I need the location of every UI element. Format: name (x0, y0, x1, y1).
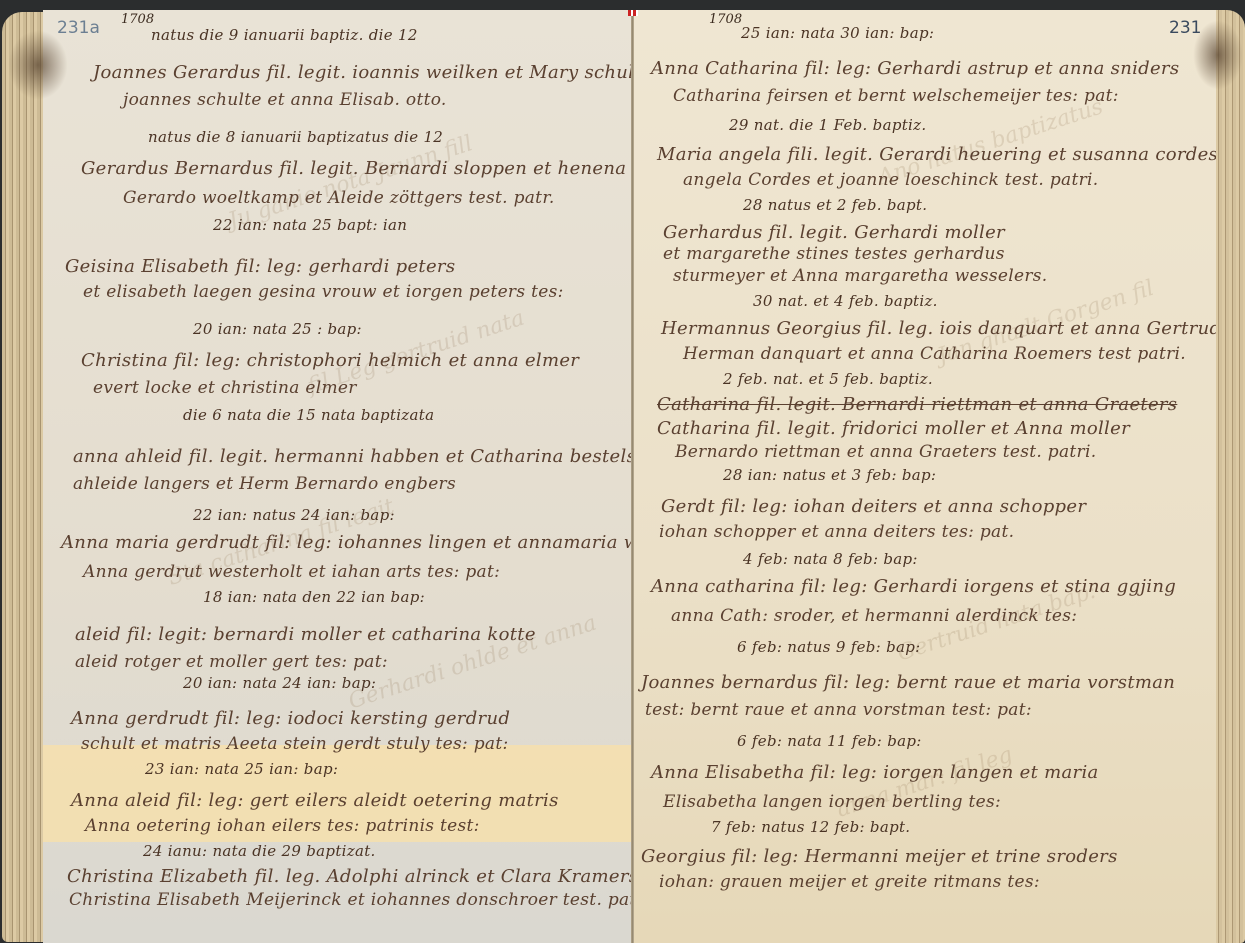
entry-text-line: evert locke et christina elmer (93, 378, 357, 398)
entry-date-line: 7 feb: natus 12 feb: bapt. (711, 818, 910, 836)
entry-name-line: Joannes Gerardus fil. legit. ioannis wei… (93, 62, 632, 83)
entry-name-line: Maria angela fili. legit. Gerardi heueri… (657, 144, 1216, 165)
binding-thread (628, 10, 638, 16)
year-marker: 1708 (121, 12, 154, 27)
entry-text-line: Christina Elisabeth Meijerinck et iohann… (69, 890, 632, 910)
entry-name-line: Christina fil: leg: christophori helmich… (81, 350, 579, 371)
book-gutter (631, 10, 634, 943)
entry-name-line: Anna Catharina fil: leg: Gerhardi astrup… (651, 58, 1179, 79)
entry-text-line: Gerardo woeltkamp et Aleide zöttgers tes… (123, 188, 555, 208)
entry-date-line: natus die 8 ianuarii baptizatus die 12 (148, 128, 443, 146)
entry-date-line: 25 ian: nata 30 ian: bap: (741, 24, 934, 42)
entry-name-line: Christina Elizabeth fil. leg. Adolphi al… (67, 866, 632, 887)
entry-name-line: Gerdt fil: leg: iohan deiters et anna sc… (661, 496, 1086, 517)
highlighted-entry-name: Anna aleid fil: leg: gert eilers aleidt … (71, 790, 559, 811)
corner-stain (8, 30, 68, 100)
entry-text-line: iohan: grauen meijer et greite ritmans t… (659, 872, 1040, 892)
entry-name-line: Catharina fil. legit. fridorici moller e… (657, 418, 1130, 439)
highlighted-entry-date: 23 ian: nata 25 ian: bap: (145, 760, 338, 778)
entry-text-line: angela Cordes et joanne loeschinck test.… (683, 170, 1098, 190)
entry-text-line: ahleide langers et Herm Bernardo engbers (73, 474, 456, 494)
entry-text-line: Bernardo riettman et anna Graeters test.… (675, 442, 1096, 462)
entry-date-line: die 6 nata die 15 nata baptizata (183, 406, 434, 424)
entry-date-line: 28 natus et 2 feb. bapt. (743, 196, 927, 214)
entry-text-line: sturmeyer et Anna margaretha wesselers. (673, 266, 1048, 286)
entry-text-line: test: bernt raue et anna vorstman test: … (645, 700, 1032, 720)
entry-text-line: Elisabetha langen iorgen bertling tes: (663, 792, 1001, 812)
entry-text-line: et elisabeth laegen gesina vrouw et iorg… (83, 282, 564, 302)
entry-date-line: 2 feb. nat. et 5 feb. baptiz. (723, 370, 933, 388)
entry-date-line: 6 feb: natus 9 feb: bap: (737, 638, 921, 656)
highlighted-entry-text: Anna oetering iohan eilers tes: patrinis… (85, 816, 480, 836)
left-page-edges (2, 12, 46, 942)
entry-date-line: 18 ian: nata den 22 ian bap: (203, 588, 425, 606)
entry-text-line: anna Cath: sroder, et hermanni alerdinck… (671, 606, 1077, 626)
entry-name-line: Gerhardus fil. legit. Gerhardi moller (663, 222, 1005, 243)
entry-name-line: Gerardus Bernardus fil. legit. Bernardi … (81, 158, 632, 179)
right-page-edges (1215, 10, 1245, 943)
entry-name-line: aleid fil: legit: bernardi moller et cat… (75, 624, 536, 645)
entry-date-line: 20 ian: nata 25 : bap: (193, 320, 362, 338)
book-spread: Ju ganio nota Jaunn fill fil Leg gortrui… (0, 0, 1245, 943)
entry-text-line: schult et matris Aeeta stein gerdt stuly… (81, 734, 509, 754)
entry-name-line: Anna maria gerdrudt fil: leg: iohannes l… (61, 532, 632, 553)
entry-name-line: Geisina Elisabeth fil: leg: gerhardi pet… (65, 256, 455, 277)
entry-text-line: Herman danquart et anna Catharina Roemer… (683, 344, 1186, 364)
entry-date-line: 4 feb: nata 8 feb: bap: (743, 550, 918, 568)
entry-date-line: 24 ianu: nata die 29 baptizat. (143, 842, 376, 860)
struck-entry-line: Catharina fil. legit. Bernardi riettman … (657, 394, 1177, 415)
left-page: Ju ganio nota Jaunn fill fil Leg gortrui… (43, 10, 632, 943)
entry-date-line: 20 ian: nata 24 ian: bap: (183, 674, 376, 692)
entry-date-line: 30 nat. et 4 feb. baptiz. (753, 292, 938, 310)
entry-text-line: Catharina feirsen et bernt welschemeijer… (673, 86, 1119, 106)
entry-name-line: Anna gerdrudt fil: leg: iodoci kersting … (71, 708, 510, 729)
entry-date-line: 6 feb: nata 11 feb: bap: (737, 732, 922, 750)
entry-text-line: aleid rotger et moller gert tes: pat: (75, 652, 388, 672)
entry-text-line: Anna gerdrut westerholt et iahan arts te… (83, 562, 500, 582)
year-marker: 1708 (709, 12, 742, 27)
entry-text-line: iohan schopper et anna deiters tes: pat. (659, 522, 1014, 542)
right-page: Ano natus baptizatus Jan ghadt Gorgen fi… (633, 10, 1216, 943)
entry-date-line: 29 nat. die 1 Feb. baptiz. (729, 116, 926, 134)
entry-name-line: Hermannus Georgius fil. leg. iois danqua… (661, 318, 1216, 339)
entry-date-line: 22 ian: nata 25 bapt: ian (213, 216, 407, 234)
entry-name-line: Georgius fil: leg: Hermanni meijer et tr… (641, 846, 1118, 867)
entry-name-line: anna ahleid fil. legit. hermanni habben … (73, 446, 632, 467)
entry-name-line: Anna Elisabetha fil: leg: iorgen langen … (651, 762, 1099, 783)
entry-date-line: 22 ian: natus 24 ian: bap: (193, 506, 395, 524)
entry-name-line: Joannes bernardus fil: leg: bernt raue e… (641, 672, 1175, 693)
entry-text-line: et margarethe stines testes gerhardus (663, 244, 1005, 264)
entry-date-line: 28 ian: natus et 3 feb: bap: (723, 466, 936, 484)
corner-stain (1193, 20, 1243, 90)
entry-text-line: joannes schulte et anna Elisab. otto. (123, 90, 447, 110)
entry-name-line: Anna catharina fil: leg: Gerhardi iorgen… (651, 576, 1176, 597)
entry-date-line: natus die 9 ianuarii baptiz. die 12 (151, 26, 418, 44)
